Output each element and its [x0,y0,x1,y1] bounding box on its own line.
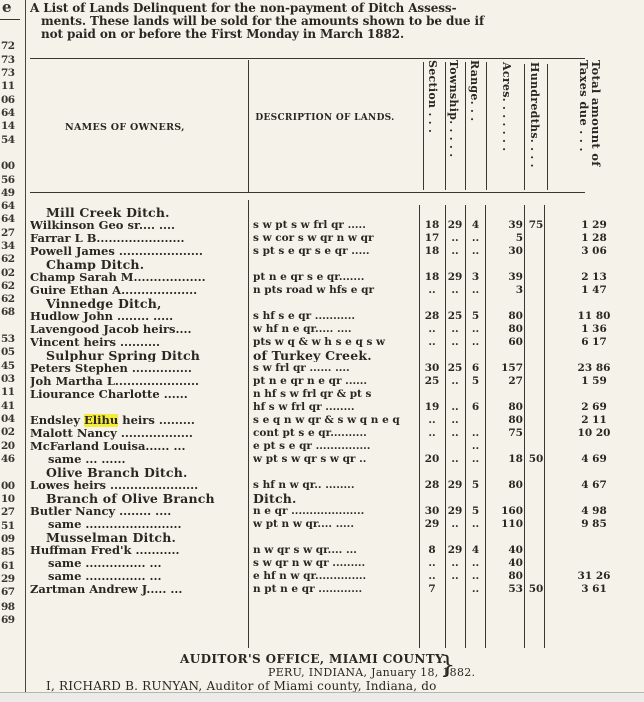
margin-number: 69 [1,614,21,626]
township-value: 29 [446,505,464,518]
township-value: .. [446,284,464,297]
newspaper-page: e 72737311066414540056496464273462026262… [0,0,644,692]
owner-name: McFarland Louisa...... ... [30,440,248,453]
range-value: .. [466,232,485,245]
acres-value: 80 [488,479,523,492]
notice-intro: A List of Lands Delinquent for the non-p… [30,2,610,41]
table-row: Vincent heirs ..........pts w q & w h s … [0,336,644,349]
margin-number: 73 [1,54,21,66]
township-value: .. [446,232,464,245]
acres-value: 80 [488,401,523,414]
table-row: Huffman Fred'k ...........n w qr s w qr.… [0,544,644,557]
margin-number: 00 [1,160,21,172]
acres-value: 60 [488,336,523,349]
total-taxes-value: 4 98 [560,505,628,518]
brace-glyph: } [440,650,455,680]
total-taxes-value: 1 29 [560,219,628,232]
auditor-statement: I, RICHARD B. RUNYAN, Auditor of Miami c… [46,679,437,693]
table-row: Malott Nancy ..................cont pt s… [0,427,644,440]
margin-number: 56 [1,174,21,186]
township-value: 29 [446,219,464,232]
owner-name: Powell James ..................... [30,245,248,258]
section-value: 7 [420,583,444,596]
table-row: Liourance Charlotte ......n hf s w frl q… [0,388,644,401]
land-description: s w cor s w qr n w qr [253,232,418,245]
ditch-name: Branch of Olive Branch [46,492,256,505]
header-owners: NAMES OF OWNERS, [65,122,185,133]
total-taxes-value: 31 26 [560,570,628,583]
owner-name: Peters Stephen ............... [30,362,248,375]
header-range: Range. . . [468,60,481,121]
margin-number: 72 [1,40,21,52]
owner-name: Zartman Andrew J..... ... [30,583,248,596]
section-value: 18 [420,271,444,284]
range-value: 5 [466,479,485,492]
land-description: w pt n w qr.... ..... [253,518,418,531]
land-description: Ditch. [253,492,418,505]
auditor-office-heading: AUDITOR'S OFFICE, MIAMI COUNTY. [180,652,447,666]
total-taxes-value: 3 06 [560,245,628,258]
section-value: .. [420,414,444,427]
range-value: 3 [466,271,485,284]
land-description: w hf n e qr..... .... [253,323,418,336]
section-value: .. [420,570,444,583]
township-value: 29 [446,271,464,284]
ditch-heading-row: Mill Creek Ditch. [0,206,644,219]
acres-value: 157 [488,362,523,375]
acres-value: 3 [488,284,523,297]
header-township: Township. . . . . [447,60,460,157]
section-value: 25 [420,375,444,388]
township-value: .. [446,518,464,531]
margin-number: 49 [1,187,21,199]
acres-value: 80 [488,414,523,427]
table-row: same ... ......w pt s w qr s w qr ..20..… [0,453,644,466]
owner-name: same ... ...... [30,453,266,466]
ditch-name: Musselman Ditch. [46,531,256,544]
acres-value: 39 [488,219,523,232]
acres-value: 75 [488,427,523,440]
section-value: .. [420,427,444,440]
total-taxes-value: 1 47 [560,284,628,297]
table-row: Zartman Andrew J..... ...n pt n e qr ...… [0,583,644,596]
owner-name: Huffman Fred'k ........... [30,544,248,557]
township-value: .. [446,336,464,349]
col-line-desc-header [248,60,249,192]
owner-name: Butler Nancy ........ .... [30,505,248,518]
range-value: .. [466,336,485,349]
header-bottom-rule [30,192,585,193]
acres-value: 160 [488,505,523,518]
col-line-twp-header [445,62,446,190]
acres-value: 80 [488,310,523,323]
total-taxes-value: 2 11 [560,414,628,427]
acres-value: 40 [488,544,523,557]
section-value: .. [420,336,444,349]
land-description: w pt s w qr s w qr .. [253,453,418,466]
total-taxes-value: 1 59 [560,375,628,388]
section-value: 19 [420,401,444,414]
section-value: 18 [420,245,444,258]
ditch-heading-row: Olive Branch Ditch. [0,466,644,479]
range-value: .. [466,583,485,596]
acres-value: 39 [488,271,523,284]
owner-name: same ............... ... [30,557,266,570]
land-description: n w qr s w qr.... ... [253,544,418,557]
township-value: 25 [446,362,464,375]
range-value: .. [466,427,485,440]
ditch-name: Olive Branch Ditch. [46,466,256,479]
acres-value: 53 [488,583,523,596]
table-row: Powell James .....................s pt s… [0,245,644,258]
township-value: .. [446,323,464,336]
ditch-heading-row: Vinnedge Ditch, [0,297,644,310]
table-row: Hudlow John ........ .....s hf s e qr ..… [0,310,644,323]
col-line-hun-header [524,64,525,190]
hundredths-value: 50 [526,453,546,466]
owner-name-part: heirs ......... [118,414,195,427]
land-description: e hf n w qr.............. [253,570,418,583]
land-description: s e q n w qr & s w q n e q [253,414,418,427]
acres-value: 80 [488,323,523,336]
hundredths-value: 75 [526,219,546,232]
margin-number: 06 [1,94,21,106]
header-total: Total amount of Taxes due . . . [578,60,602,167]
land-description: n hf s w frl qr & pt s [253,388,418,401]
owner-name: same ........................ [30,518,266,531]
owner-name: Endsley Elihu heirs ......... [30,414,248,427]
land-description: n e qr .................... [253,505,418,518]
margin-number: 54 [1,134,21,146]
land-description: s hf n w qr.. ........ [253,479,418,492]
township-value: .. [446,557,464,570]
total-taxes-value: 23 86 [560,362,628,375]
section-value: 30 [420,505,444,518]
ditch-heading-row: Branch of Olive BranchDitch. [0,492,644,505]
range-value: .. [466,453,485,466]
land-description: s w qr n w qr ......... [253,557,418,570]
land-description: n pt n e qr ............ [253,583,418,596]
total-taxes-value: 6 17 [560,336,628,349]
table-row: Butler Nancy ........ ....n e qr .......… [0,505,644,518]
section-value: 20 [420,453,444,466]
range-value: .. [466,284,485,297]
ditch-name: Mill Creek Ditch. [46,206,256,219]
acres-value: 40 [488,557,523,570]
owner-name: Vincent heirs .......... [30,336,248,349]
range-value: .. [466,518,485,531]
owner-name: Malott Nancy .................. [30,427,248,440]
township-value: 25 [446,310,464,323]
total-taxes-value: 11 80 [560,310,628,323]
table-row: hf s w frl qr ........19..6802 69 [0,401,644,414]
land-description: n pts road w hfs e qr [253,284,418,297]
acres-value: 30 [488,245,523,258]
header-total-line2: Taxes due . . . [577,60,591,152]
acres-value: 110 [488,518,523,531]
header-acres: Acres. . . . . . . [500,62,513,151]
land-description: s w frl qr ...... .... [253,362,418,375]
highlighted-search-term: Elihu [84,414,118,427]
section-value: 28 [420,310,444,323]
land-description: hf s w frl qr ........ [253,401,418,414]
range-value: .. [466,557,485,570]
table-row: same ........................w pt n w qr… [0,518,644,531]
col-line-acr-header [486,62,487,190]
township-value: 29 [446,544,464,557]
land-description: of Turkey Creek. [253,349,418,362]
col-line-rng-header [465,62,466,190]
acres-value: 5 [488,232,523,245]
owner-name: Liourance Charlotte ...... [30,388,248,401]
margin-heading-rule [0,19,20,20]
owner-name-part: Endsley [30,414,84,427]
land-description: pts w q & w h s e q s w [253,336,418,349]
range-value: 4 [466,544,485,557]
table-row: Champ Sarah M..................pt n e qr… [0,271,644,284]
range-value: .. [466,440,485,453]
table-row: McFarland Louisa...... ...e pt s e qr ..… [0,440,644,453]
total-taxes-value: 1 28 [560,232,628,245]
col-line-tot-header [547,64,548,190]
acres-value: 80 [488,570,523,583]
section-value: .. [420,557,444,570]
total-taxes-value: 1 36 [560,323,628,336]
township-value: .. [446,401,464,414]
total-taxes-value: 3 61 [560,583,628,596]
land-description: pt n e qr n e qr ...... [253,375,418,388]
township-value: .. [446,570,464,583]
section-value: 8 [420,544,444,557]
owner-name: Lowes heirs ...................... [30,479,248,492]
margin-number: 14 [1,120,21,132]
section-value: .. [420,323,444,336]
owner-name: Champ Sarah M.................. [30,271,248,284]
range-value: 6 [466,362,485,375]
township-value: .. [446,453,464,466]
land-description: e pt s e qr ............... [253,440,418,453]
range-value: 6 [466,401,485,414]
land-description: s hf s e qr ........... [253,310,418,323]
owner-name: Farrar L B...................... [30,232,248,245]
header-section: Section . . . [426,60,439,133]
range-value: 5 [466,310,485,323]
township-value: .. [446,427,464,440]
total-taxes-value: 9 85 [560,518,628,531]
range-value: 4 [466,219,485,232]
table-row: Peters Stephen ...............s w frl qr… [0,362,644,375]
township-value: .. [446,414,464,427]
land-description: s pt s e qr s e qr ..... [253,245,418,258]
total-taxes-value: 4 69 [560,453,628,466]
range-value: 5 [466,375,485,388]
intro-line-3: not paid on or before the First Monday i… [30,28,610,41]
margin-heading: e [2,0,12,16]
ditch-name: Sulphur Spring Ditch [46,349,256,362]
ditch-heading-row: Sulphur Spring Ditchof Turkey Creek. [0,349,644,362]
owner-name: Lavengood Jacob heirs.... [30,323,248,336]
section-value: 29 [420,518,444,531]
section-value: 18 [420,219,444,232]
table-row: same ............... ...s w qr n w qr ..… [0,557,644,570]
table-row: Wilkinson Geo sr.... ....s w pt s w frl … [0,219,644,232]
header-top-rule [30,58,585,59]
township-value: .. [446,245,464,258]
header-description: DESCRIPTION OF LANDS. [250,112,400,124]
acres-value: 18 [488,453,523,466]
land-description: pt n e qr s e qr....... [253,271,418,284]
range-value: 5 [466,505,485,518]
total-taxes-value: 4 67 [560,479,628,492]
margin-number: 64 [1,107,21,119]
margin-number: 11 [1,80,21,92]
header-total-line1: Total amount of [589,60,603,167]
margin-number: 73 [1,67,21,79]
section-value: 17 [420,232,444,245]
margin-number: 98 [1,601,21,613]
table-row: same ............... ...e hf n w qr.....… [0,570,644,583]
owner-name: Guire Ethan A................... [30,284,248,297]
ditch-name: Champ Ditch. [46,258,256,271]
land-description: cont pt s e qr.......... [253,427,418,440]
township-value: 29 [446,479,464,492]
ditch-heading-row: Musselman Ditch. [0,531,644,544]
table-row: Joh Martha L.....................pt n e … [0,375,644,388]
table-row: Farrar L B......................s w cor … [0,232,644,245]
range-value: .. [466,245,485,258]
land-description: s w pt s w frl qr ..... [253,219,418,232]
total-taxes-value: 2 69 [560,401,628,414]
owner-name: Hudlow John ........ ..... [30,310,248,323]
acres-value: 27 [488,375,523,388]
section-value: 28 [420,479,444,492]
ditch-heading-row: Champ Ditch. [0,258,644,271]
section-value: .. [420,284,444,297]
ditch-name: Vinnedge Ditch, [46,297,256,310]
owner-name: Wilkinson Geo sr.... .... [30,219,248,232]
header-hundredths: Hundredths. . . . [528,62,541,168]
table-row: Lowes heirs ......................s hf n… [0,479,644,492]
total-taxes-value: 2 13 [560,271,628,284]
owner-name: same ............... ... [30,570,266,583]
col-line-sec-header [423,62,424,190]
range-value: .. [466,570,485,583]
table-row: Endsley Elihu heirs .........s e q n w q… [0,414,644,427]
table-row: Lavengood Jacob heirs....w hf n e qr....… [0,323,644,336]
township-value: .. [446,375,464,388]
table-row: Guire Ethan A...................n pts ro… [0,284,644,297]
section-value: 30 [420,362,444,375]
hundredths-value: 50 [526,583,546,596]
owner-name: Joh Martha L..................... [30,375,248,388]
range-value: .. [466,323,485,336]
viewer-bottom-bar [0,692,644,702]
total-taxes-value: 10 20 [560,427,628,440]
